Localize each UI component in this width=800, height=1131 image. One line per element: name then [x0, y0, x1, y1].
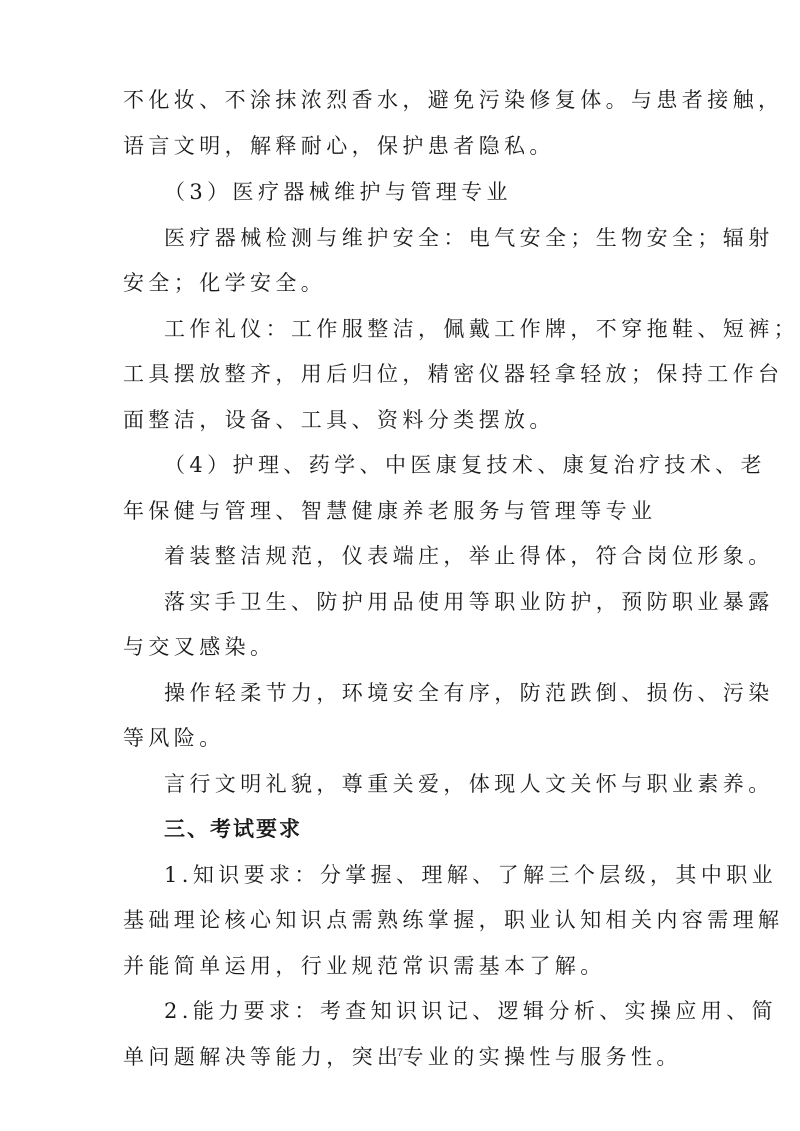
body-text-line: 不化妆、不涂抹浓烈香水，避免污染修复体。与患者接触， [123, 88, 783, 112]
paragraph-first-line: 落实手卫生、防护用品使用等职业防护，预防职业暴露 [164, 590, 774, 614]
paragraph-first-line: 1.知识要求：分掌握、理解、了解三个层级，其中职业 [164, 863, 777, 887]
paragraph-first-line: 工作礼仪：工作服整洁，佩戴工作牌，不穿拖鞋、短裤； [164, 317, 799, 341]
subsection-heading: （4）护理、药学、中医康复技术、康复治疗技术、老 [164, 453, 766, 477]
document-page: 不化妆、不涂抹浓烈香水，避免污染修复体。与患者接触， 语言文明，解释耐心，保护患… [0, 0, 800, 1131]
paragraph-first-line: 2.能力要求：考查知识识记、逻辑分析、实操应用、简 [164, 999, 777, 1023]
body-text-line: 年保健与管理、智慧健康养老服务与管理等专业 [123, 499, 656, 523]
paragraph-first-line: 着装整洁规范，仪表端庄，举止得体，符合岗位形象。 [164, 544, 774, 568]
page-number: 7 [0, 1047, 800, 1059]
paragraph-first-line: 医疗器械检测与维护安全：电气安全；生物安全；辐射 [164, 226, 774, 250]
subsection-heading: （3）医疗器械维护与管理专业 [164, 180, 512, 204]
body-text-line: 面整洁，设备、工具、资料分类摆放。 [123, 408, 555, 432]
body-text-line: 语言文明，解释耐心，保护患者隐私。 [123, 134, 555, 158]
body-text-line: 与交叉感染。 [123, 635, 275, 659]
paragraph-first-line: 操作轻柔节力，环境安全有序，防范跌倒、损伤、污染 [164, 681, 774, 705]
body-text-line: 并能简单运用，行业规范常识需基本了解。 [123, 954, 606, 978]
body-text-line: 基础理论核心知识点需熟练掌握，职业认知相关内容需理解 [123, 908, 783, 932]
body-text-line: 工具摆放整齐，用后归位，精密仪器轻拿轻放；保持工作台 [123, 362, 783, 386]
body-text-line: 安全；化学安全。 [123, 271, 326, 295]
body-text-line: 等风险。 [123, 726, 225, 750]
section-heading: 三、考试要求 [164, 817, 302, 841]
paragraph-first-line: 言行文明礼貌，尊重关爱，体现人文关怀与职业素养。 [164, 772, 774, 796]
